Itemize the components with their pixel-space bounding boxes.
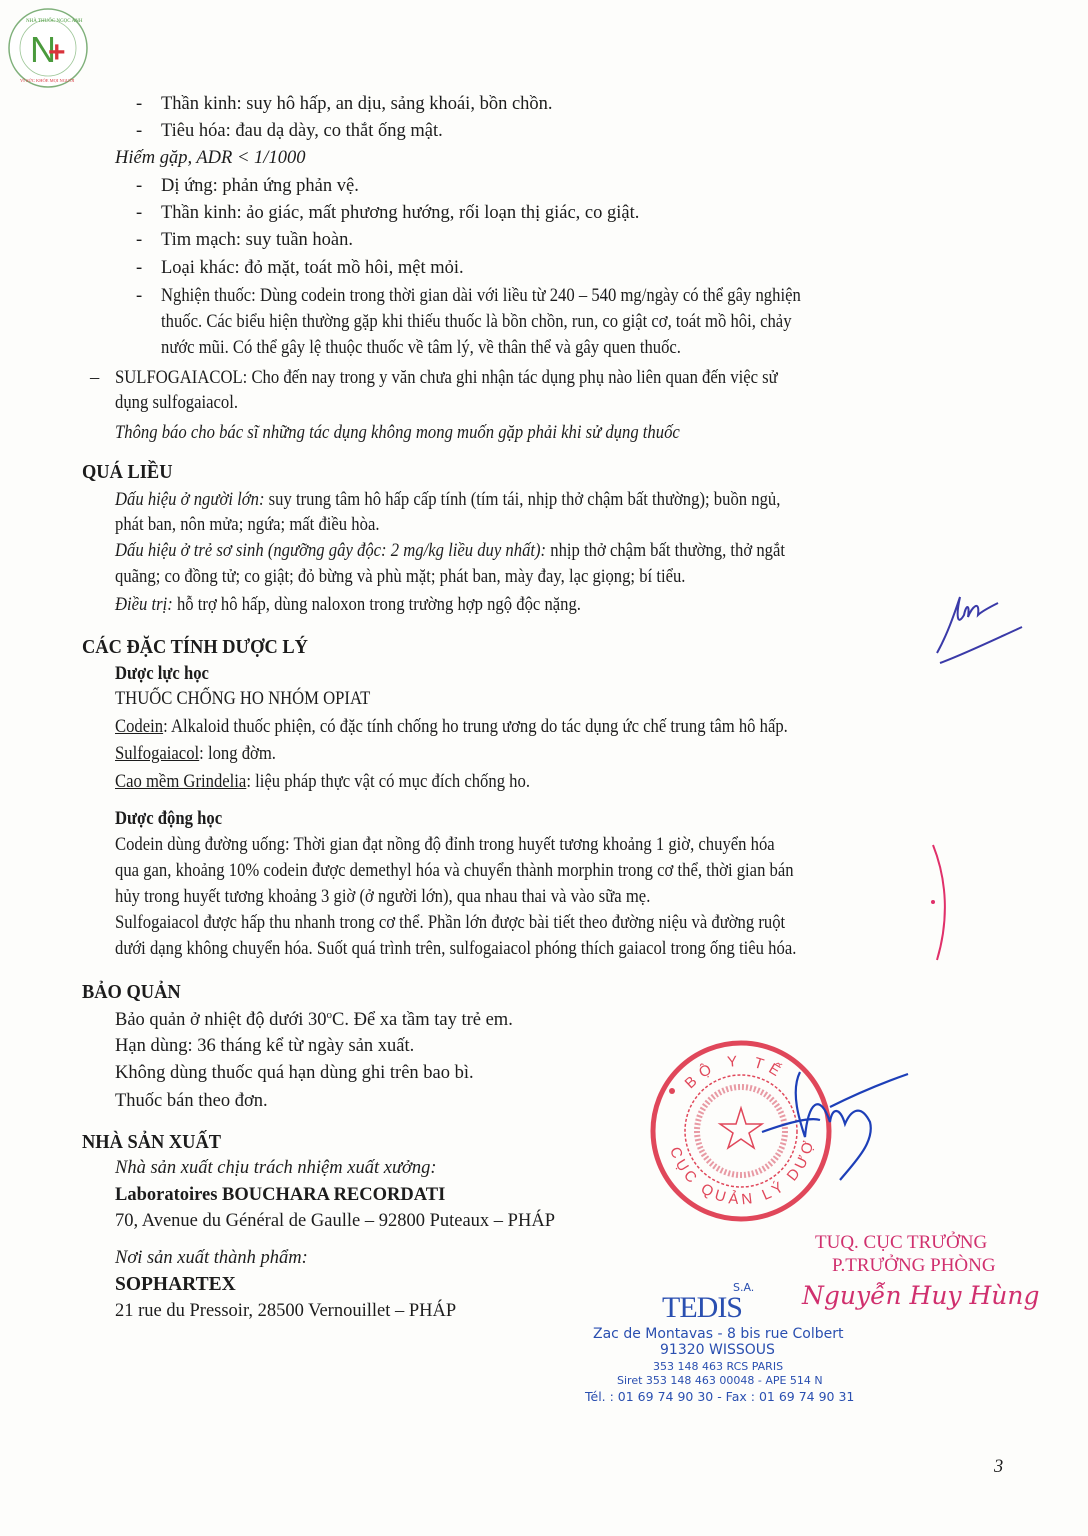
list-dash: - xyxy=(136,259,142,278)
kinetics-line: Sulfogaiacol được hấp thu nhanh trong cơ… xyxy=(115,914,785,933)
list-dash: - xyxy=(136,231,142,250)
ingredient-text: : Alkaloid thuốc phiện, có đặc tính chốn… xyxy=(163,717,788,737)
infant-label: Dấu hiệu ở trẻ sơ sinh (ngưỡng gây độc: … xyxy=(115,541,546,561)
finished-label: Nơi sản xuất thành phẩm: xyxy=(115,1249,308,1268)
addiction-line: Nghiện thuốc: Dùng codein trong thời gia… xyxy=(161,287,1003,306)
approval-position: P.TRƯỞNG PHÒNG xyxy=(832,1255,996,1277)
storage-text: Bảo quản ở nhiệt độ dưới 30 xyxy=(115,1010,327,1030)
dynamics-heading: Dược lực học xyxy=(115,665,209,684)
kinetics-heading: Dược động học xyxy=(115,810,222,829)
drug-group: THUỐC CHỐNG HO NHÓM OPIAT xyxy=(115,690,370,709)
list-dash: – xyxy=(90,369,99,388)
adult-label: Dấu hiệu ở người lớn: xyxy=(115,490,265,510)
storage-line: Hạn dùng: 36 tháng kể từ ngày sản xuất. xyxy=(115,1037,414,1056)
list-dash: - xyxy=(136,287,142,306)
list-dash: - xyxy=(136,95,142,114)
kinetics-line: dưới dạng không chuyển hóa. Suốt quá trì… xyxy=(115,940,796,959)
tedis-name: TEDIS xyxy=(662,1293,742,1323)
adult-text: suy trung tâm hô hấp cấp tính (tím tái, … xyxy=(265,490,781,510)
treatment-text: hỗ trợ hô hấp, dùng naloxon trong trường… xyxy=(173,595,581,615)
sulfogaiacol-line: dụng sulfogaiacol. xyxy=(115,394,238,413)
tedis-address: Zac de Montavas - 8 bis rue Colbert xyxy=(593,1326,844,1342)
section-heading-pharmacology: CÁC ĐẶC TÍNH DƯỢC LÝ xyxy=(82,636,308,659)
signer-name: Nguyễn Huy Hùng xyxy=(802,1281,1040,1310)
initials-signature-icon xyxy=(932,585,1032,665)
kinetics-line: Codein dùng đường uống: Thời gian đạt nồ… xyxy=(115,836,775,855)
list-item: Thần kinh: ảo giác, mất phương hướng, rố… xyxy=(161,204,639,223)
list-item: Thần kinh: suy hô hấp, an dịu, sảng khoá… xyxy=(161,95,553,114)
release-name: Laboratoires BOUCHARA RECORDATI xyxy=(115,1186,445,1205)
storage-line: Thuốc bán theo đơn. xyxy=(115,1092,268,1111)
svg-text:+: + xyxy=(48,36,66,69)
pharmacy-logo-icon: N + NHÀ THUỐC NGỌC ANH VÌ SỨC KHỎE MỌI N… xyxy=(6,6,90,90)
pharmacology-item: Sulfogaiacol: long đờm. xyxy=(115,745,276,764)
pharmacology-item: Codein: Alkaloid thuốc phiện, có đặc tín… xyxy=(115,718,788,737)
overdose-adult: Dấu hiệu ở người lớn: suy trung tâm hô h… xyxy=(115,491,780,510)
ingredient-name: Sulfogaiacol xyxy=(115,744,199,764)
svg-text:VÌ SỨC KHỎE MỌI NGƯỜI: VÌ SỨC KHỎE MỌI NGƯỜI xyxy=(20,78,75,83)
page-number: 3 xyxy=(994,1458,1003,1477)
infant-text: nhịp thở chậm bất thường, thở ngắt xyxy=(546,541,785,561)
treatment-label: Điều trị: xyxy=(115,595,173,615)
sulfogaiacol-line: SULFOGAIACOL: Cho đến nay trong y văn ch… xyxy=(115,369,778,388)
list-dash: - xyxy=(136,204,142,223)
finished-name: SOPHARTEX xyxy=(115,1275,236,1295)
release-address: 70, Avenue du Général de Gaulle – 92800 … xyxy=(115,1212,555,1231)
tedis-city: 91320 WISSOUS xyxy=(660,1342,775,1358)
notice-text: Thông báo cho bác sĩ những tác dụng khôn… xyxy=(115,424,680,443)
pharmacology-item: Cao mềm Grindelia: liệu pháp thực vật có… xyxy=(115,773,530,792)
ingredient-text: : liệu pháp thực vật có mục đích chống h… xyxy=(246,772,530,792)
addiction-line: nước mũi. Có thể gây lệ thuộc thuốc về t… xyxy=(161,339,681,358)
tedis-siret: Siret 353 148 463 00048 - APE 514 N xyxy=(617,1374,823,1387)
kinetics-line: qua gan, khoảng 10% codein được demethyl… xyxy=(115,862,794,881)
list-item: Dị ứng: phản ứng phản vệ. xyxy=(161,177,359,196)
storage-line: Không dùng thuốc quá hạn dùng ghi trên b… xyxy=(115,1064,474,1083)
release-label: Nhà sản xuất chịu trách nhiệm xuất xưởng… xyxy=(115,1159,437,1178)
storage-text: C. Để xa tầm tay trẻ em. xyxy=(332,1010,513,1030)
tedis-phone: Tél. : 01 69 74 90 30 - Fax : 01 69 74 9… xyxy=(585,1389,854,1404)
overdose-adult-cont: phát ban, nôn mửa; ngứa; mất điều hòa. xyxy=(115,516,380,535)
section-heading-overdose: QUÁ LIỀU xyxy=(82,461,172,484)
overdose-infant-cont: quãng; co đồng tử; co giật; đỏ bừng và p… xyxy=(115,568,685,587)
overdose-treatment: Điều trị: hỗ trợ hô hấp, dùng naloxon tr… xyxy=(115,596,581,615)
tedis-rcs: 353 148 463 RCS PARIS xyxy=(653,1360,783,1373)
list-item: Tiêu hóa: đau dạ dày, co thắt ống mật. xyxy=(161,122,443,141)
svg-text:NHÀ THUỐC NGỌC ANH: NHÀ THUỐC NGỌC ANH xyxy=(26,18,83,24)
storage-line: Bảo quản ở nhiệt độ dưới 30oC. Để xa tầm… xyxy=(115,1010,513,1030)
addiction-line: thuốc. Các biểu hiện thường gặp khi thiế… xyxy=(161,313,792,332)
kinetics-line: hủy trong huyết tương khoảng 3 giờ (ở ng… xyxy=(115,888,650,907)
finished-address: 21 rue du Pressoir, 28500 Vernouillet – … xyxy=(115,1302,456,1321)
section-heading-manufacturer: NHÀ SẢN XUẤT xyxy=(82,1131,221,1154)
rare-label: Hiếm gặp, ADR < 1/1000 xyxy=(115,149,305,168)
list-dash: - xyxy=(136,177,142,196)
list-item: Loại khác: đỏ mặt, toát mồ hôi, mệt mỏi. xyxy=(161,259,464,278)
approval-title: TUQ. CỤC TRƯỞNG xyxy=(815,1232,987,1254)
list-item: Tim mạch: suy tuần hoàn. xyxy=(161,231,353,250)
ingredient-name: Codein xyxy=(115,717,163,737)
ingredient-text: : long đờm. xyxy=(199,744,276,764)
ingredient-name: Cao mềm Grindelia xyxy=(115,772,246,792)
list-dash: - xyxy=(136,122,142,141)
director-signature-icon xyxy=(760,1062,910,1182)
red-pen-mark-icon xyxy=(925,840,965,965)
overdose-infant: Dấu hiệu ở trẻ sơ sinh (ngưỡng gây độc: … xyxy=(115,542,785,561)
section-heading-storage: BẢO QUẢN xyxy=(82,981,181,1004)
